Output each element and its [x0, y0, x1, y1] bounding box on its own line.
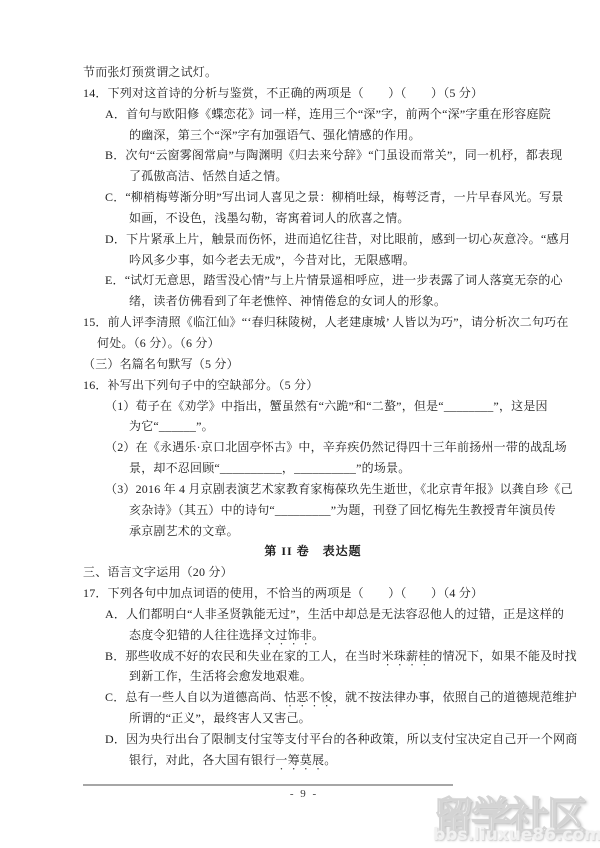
text-segment: 三、语言文字运用（20 分）: [83, 565, 233, 579]
text-line: 15．前人评李清照《临江仙》“‘春归秣陵树，人老建康城’ 人皆以为巧”，请分析次…: [83, 312, 543, 333]
text-segment: 绪，读者仿佛看到了年老憔悴、神情倦怠的女词人的形象。: [129, 294, 446, 308]
text-segment: 了孤傲高洁、恬然自适之情。: [129, 169, 288, 183]
text-line: 14．下列对这首诗的分析与鉴赏，不正确的两项是（ ）（ ）（5 分）: [83, 83, 543, 104]
text-segment: E．“试灯无意思，踏雪没心情”与上片情景遥相呼应，进一步表露了词人落寞无奈的心: [105, 273, 563, 287]
text-line: C．“柳梢梅萼渐分明”写出词人喜见之景：柳梢吐绿，梅萼泛青，一片早春风光。写景: [83, 187, 543, 208]
text-segment: B．那些收成不好的农民和失业在家的工人，在当时: [105, 649, 382, 663]
text-line: D．下片紧承上片，触景而伤怀，进而追忆往昔，对比眼前，感到一切心灰意冷。“感月: [83, 229, 543, 250]
text-line: 为它“______”。: [83, 416, 543, 437]
text-segment: 16．补写出下列句子中的空缺部分。（5 分）: [83, 378, 318, 392]
text-line: 节而张灯预赏谓之试灯。: [83, 62, 543, 83]
text-segment: 承京剧艺术的文章。: [129, 524, 239, 538]
text-segment: 何处。（6 分）。（6 分）: [97, 336, 220, 350]
text-segment: （三）名篇名句默写（5 分）: [83, 357, 239, 371]
text-line: （1）荀子在《劝学》中指出，蟹虽然有“六跪”和“二螯”，但是“________”…: [83, 396, 543, 417]
text-line: 所谓的“正义”，最终害人又害己。: [83, 708, 543, 729]
text-line: 绪，读者仿佛看到了年老憔悴、神情倦怠的女词人的形象。: [83, 291, 543, 312]
text-segment: 的幽深，第三个“深”字有加强语气、强化情感的作用。: [129, 128, 421, 142]
emphasized-term: 文过饰非: [263, 628, 312, 642]
text-segment: （2）在《永遇乐·京口北固亭怀古》中，辛弃疾仍然记得四十三年前扬州一带的战乱场: [105, 440, 567, 454]
text-segment: A．首句与欧阳修《蝶恋花》词一样，连用三个“深”字，前两个“深”字重在形容庭院: [105, 107, 551, 121]
text-line: 银行，对此，各大国有银行一筹莫展。: [83, 750, 543, 771]
text-segment: 如画，不设色，浅墨勾勒，寄寓着词人的欣喜之情。: [129, 211, 410, 225]
emphasized-term: 米珠薪桂: [382, 649, 431, 663]
text-segment: 到新工作，生活将会愈发地艰难。: [129, 669, 312, 683]
text-line: （2）在《永遇乐·京口北固亭怀古》中，辛弃疾仍然记得四十三年前扬州一带的战乱场: [83, 437, 543, 458]
text-segment: 15．前人评李清照《临江仙》“‘春归秣陵树，人老建康城’ 人皆以为巧”，请分析次…: [83, 315, 569, 329]
text-segment: 态度令犯错的人往往选择: [129, 628, 263, 642]
text-segment: 第 II 卷 表达题: [264, 544, 361, 558]
text-segment: 。: [312, 628, 324, 642]
text-line: 17．下列各句中加点词语的使用，不恰当的两项是（ ）（ ）（4 分）: [83, 583, 543, 604]
text-segment: 17．下列各句中加点词语的使用，不恰当的两项是（ ）（ ）（4 分）: [83, 586, 483, 600]
text-line: E．“试灯无意思，踏雪没心情”与上片情景遥相呼应，进一步表露了词人落寞无奈的心: [83, 270, 543, 291]
text-segment: 节而张灯预赏谓之试灯。: [83, 65, 217, 79]
emphasized-term: 一筹莫展: [275, 753, 324, 767]
emphasized-term: 怙恶不悛: [284, 690, 333, 704]
text-line: A．人们都明白“人非圣贤孰能无过”，生活中却总是无法容忍他人的过错，正是这样的: [83, 604, 543, 625]
text-segment: （3）2016 年 4 月京剧表演艺术家教育家梅葆玖先生逝世，《北京青年报》以龚…: [105, 482, 573, 496]
text-segment: C．总有一些人自以为道德高尚、: [105, 690, 284, 704]
text-segment: （1）荀子在《劝学》中指出，蟹虽然有“六跪”和“二螯”，但是“________”…: [105, 399, 548, 413]
watermark: 留学社区 bbs.liuxue86.com: [433, 796, 600, 844]
section-heading: 第 II 卷 表达题: [83, 541, 543, 562]
text-segment: 银行，对此，各大国有银行: [129, 753, 275, 767]
text-segment: 吟风多少事，如今老去无成”，今昔对比，无限感喟。: [129, 253, 415, 267]
text-line: D．因为央行出台了限制支付宝等支付平台的各种政策，所以支付宝决定自己开一个网商: [83, 729, 543, 750]
text-line: （三）名篇名句默写（5 分）: [83, 354, 543, 375]
text-line: 三、语言文字运用（20 分）: [83, 562, 543, 583]
watermark-url: bbs.liuxue86.com: [433, 827, 600, 844]
text-segment: 为它“______”。: [129, 419, 214, 433]
text-segment: 。: [324, 753, 336, 767]
text-line: 如画，不设色，浅墨勾勒，寄寓着词人的欣喜之情。: [83, 208, 543, 229]
text-segment: 所谓的“正义”，最终害人又害己。: [129, 711, 311, 725]
text-line: A．首句与欧阳修《蝶恋花》词一样，连用三个“深”字，前两个“深”字重在形容庭院: [83, 104, 543, 125]
text-segment: 景，却不忍回顾“__________，__________”的场景。: [129, 461, 410, 475]
text-line: C．总有一些人自以为道德高尚、怙恶不悛，就不按法律办事，依照自己的道德规范维护: [83, 687, 543, 708]
text-segment: A．人们都明白“人非圣贤孰能无过”，生活中却总是无法容忍他人的过错，正是这样的: [105, 607, 564, 621]
page-number: - 9 -: [83, 788, 525, 800]
text-block: 节而张灯预赏谓之试灯。14．下列对这首诗的分析与鉴赏，不正确的两项是（ ）（ ）…: [83, 62, 543, 771]
text-line: 景，却不忍回顾“__________，__________”的场景。: [83, 458, 543, 479]
text-segment: ，就不按法律办事，依照自己的道德规范维护: [333, 690, 577, 704]
text-segment: C．“柳梢梅萼渐分明”写出词人喜见之景：柳梢吐绿，梅萼泛青，一片早春风光。写景: [105, 190, 563, 204]
text-line: 的幽深，第三个“深”字有加强语气、强化情感的作用。: [83, 125, 543, 146]
text-segment: D．因为央行出台了限制支付宝等支付平台的各种政策，所以支付宝决定自己开一个网商: [105, 732, 577, 746]
text-line: 承京剧艺术的文章。: [83, 521, 543, 542]
text-line: 吟风多少事，如今老去无成”，今昔对比，无限感喟。: [83, 250, 543, 271]
text-line: 到新工作，生活将会愈发地艰难。: [83, 666, 543, 687]
exam-page: 节而张灯预赏谓之试灯。14．下列对这首诗的分析与鉴赏，不正确的两项是（ ）（ ）…: [0, 0, 600, 848]
text-segment: B．次句“云窗雾阁常扃”与陶渊明《归去来兮辞》“门虽设而常关”，同一机杼，都表现: [105, 148, 562, 162]
text-line: 16．补写出下列句子中的空缺部分。（5 分）: [83, 375, 543, 396]
text-line: 态度令犯错的人往往选择文过饰非。: [83, 625, 543, 646]
text-segment: 的情况下，如果不能及时找: [430, 649, 576, 663]
watermark-logo-text: 留学社区: [433, 796, 600, 838]
text-segment: 14．下列对这首诗的分析与鉴赏，不正确的两项是（ ）（ ）（5 分）: [83, 86, 483, 100]
text-line: B．那些收成不好的农民和失业在家的工人，在当时米珠薪桂的情况下，如果不能及时找: [83, 646, 543, 667]
footer-divider: [83, 784, 453, 786]
text-segment: D．下片紧承上片，触景而伤怀，进而追忆往昔，对比眼前，感到一切心灰意冷。“感月: [105, 232, 571, 246]
text-line: B．次句“云窗雾阁常扃”与陶渊明《归去来兮辞》“门虽设而常关”，同一机杼，都表现: [83, 145, 543, 166]
text-line: 何处。（6 分）。（6 分）: [83, 333, 543, 354]
text-segment: 亥杂诗》（其五）中的诗句“_________”为题，刊登了回忆梅先生教授青年演员…: [129, 503, 556, 517]
text-line: 了孤傲高洁、恬然自适之情。: [83, 166, 543, 187]
text-line: 亥杂诗》（其五）中的诗句“_________”为题，刊登了回忆梅先生教授青年演员…: [83, 500, 543, 521]
text-line: （3）2016 年 4 月京剧表演艺术家教育家梅葆玖先生逝世，《北京青年报》以龚…: [83, 479, 543, 500]
